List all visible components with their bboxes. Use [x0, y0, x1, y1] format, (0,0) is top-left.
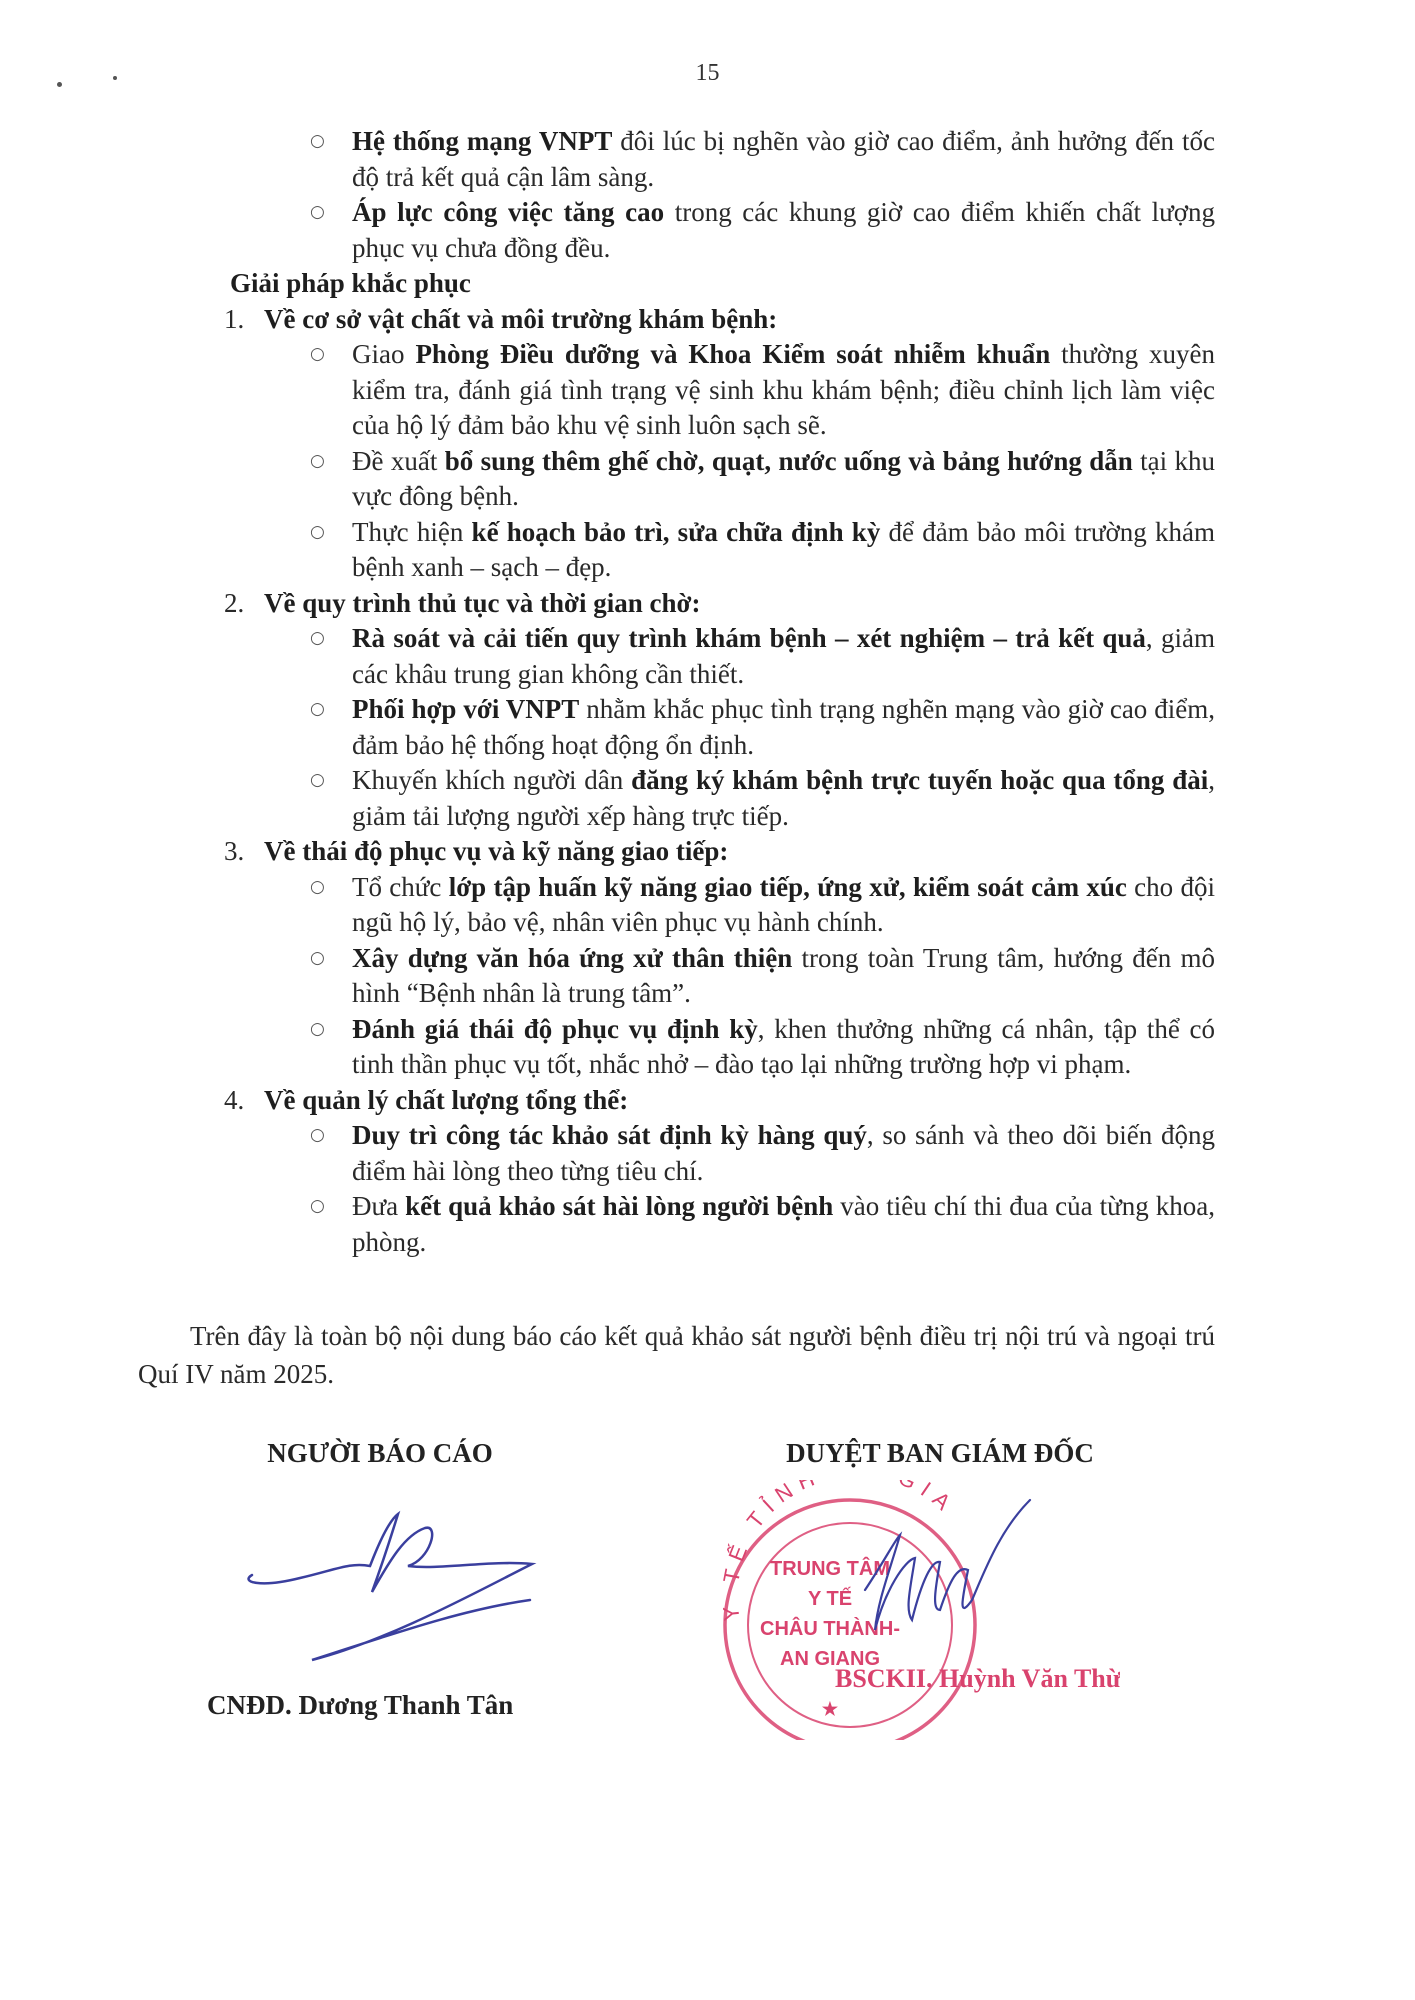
list-item: ○Khuyến khích người dân đăng ký khám bện… — [210, 763, 1215, 834]
bullet-circle-icon: ○ — [309, 692, 352, 728]
bullet-circle-icon: ○ — [309, 1012, 352, 1048]
document-body: ○Hệ thống mạng VNPT đôi lúc bị nghẽn vào… — [210, 124, 1215, 1260]
heading-title: Về quản lý chất lượng tổng thể: — [264, 1083, 628, 1119]
list-item-text: Rà soát và cải tiến quy trình khám bệnh … — [352, 621, 1215, 692]
section-heading: Giải pháp khắc phục — [210, 266, 1215, 302]
list-item: ○Duy trì công tác khảo sát định kỳ hàng … — [210, 1118, 1215, 1189]
bullet-circle-icon: ○ — [309, 444, 352, 480]
list-item-text: Phối hợp với VNPT nhằm khắc phục tình tr… — [352, 692, 1215, 763]
bullet-circle-icon: ○ — [309, 337, 352, 373]
list-item-text: Áp lực công việc tăng cao trong các khun… — [352, 195, 1215, 266]
bullet-circle-icon: ○ — [309, 941, 352, 977]
page-number: 15 — [0, 60, 1415, 87]
numbered-heading: 2.Về quy trình thủ tục và thời gian chờ: — [210, 586, 1215, 622]
list-item-text: Xây dựng văn hóa ứng xử thân thiện trong… — [352, 941, 1215, 1012]
svg-text:TRUNG TÂM: TRUNG TÂM — [770, 1556, 890, 1580]
numbered-heading: 4.Về quản lý chất lượng tổng thể: — [210, 1083, 1215, 1119]
list-item: ○Đưa kết quả khảo sát hài lòng người bện… — [210, 1189, 1215, 1260]
heading-number: 4. — [224, 1083, 264, 1119]
emphasis: bổ sung thêm ghế chờ, quạt, nước uống và… — [445, 446, 1133, 476]
emphasis: Duy trì công tác khảo sát định kỳ hàng q… — [352, 1120, 867, 1150]
bullet-circle-icon: ○ — [309, 515, 352, 551]
reporter-title: NGƯỜI BÁO CÁO — [200, 1438, 560, 1469]
list-item-text: Khuyến khích người dân đăng ký khám bệnh… — [352, 763, 1215, 834]
heading-title: Về thái độ phục vụ và kỹ năng giao tiếp: — [264, 834, 728, 870]
official-stamp: Y TẾ TỈNH AN GIANG TRUNG TÂM Y TẾ CHÂU T… — [700, 1480, 1120, 1740]
emphasis: Hệ thống mạng VNPT — [352, 126, 612, 156]
emphasis: Đánh giá thái độ phục vụ định kỳ — [352, 1014, 758, 1044]
emphasis: Phối hợp với VNPT — [352, 694, 579, 724]
heading-title: Về cơ sở vật chất và môi trường khám bện… — [264, 302, 777, 338]
bullet-circle-icon: ○ — [309, 621, 352, 657]
closing-paragraph: Trên đây là toàn bộ nội dung báo cáo kết… — [138, 1317, 1215, 1393]
numbered-heading: 1.Về cơ sở vật chất và môi trường khám b… — [210, 302, 1215, 338]
list-item: ○Thực hiện kế hoạch bảo trì, sửa chữa đị… — [210, 515, 1215, 586]
emphasis: kết quả khảo sát hài lòng người bệnh — [405, 1191, 833, 1221]
list-item: ○Hệ thống mạng VNPT đôi lúc bị nghẽn vào… — [210, 124, 1215, 195]
numbered-heading: 3.Về thái độ phục vụ và kỹ năng giao tiế… — [210, 834, 1215, 870]
list-item: ○Giao Phòng Điều dưỡng và Khoa Kiểm soát… — [210, 337, 1215, 444]
emphasis: lớp tập huấn kỹ năng giao tiếp, ứng xử, … — [449, 872, 1127, 902]
list-item-text: Đưa kết quả khảo sát hài lòng người bệnh… — [352, 1189, 1215, 1260]
heading-number: 3. — [224, 834, 264, 870]
bullet-circle-icon: ○ — [309, 124, 352, 160]
emphasis: Rà soát và cải tiến quy trình khám bệnh … — [352, 623, 1146, 653]
bullet-circle-icon: ○ — [309, 870, 352, 906]
heading-title: Về quy trình thủ tục và thời gian chờ: — [264, 586, 700, 622]
list-item: ○Đánh giá thái độ phục vụ định kỳ, khen … — [210, 1012, 1215, 1083]
list-item-text: Duy trì công tác khảo sát định kỳ hàng q… — [352, 1118, 1215, 1189]
list-item: ○Rà soát và cải tiến quy trình khám bệnh… — [210, 621, 1215, 692]
list-item: ○Tổ chức lớp tập huấn kỹ năng giao tiếp,… — [210, 870, 1215, 941]
list-item-text: Đánh giá thái độ phục vụ định kỳ, khen t… — [352, 1012, 1215, 1083]
list-item: ○Áp lực công việc tăng cao trong các khu… — [210, 195, 1215, 266]
svg-text:Y TẾ: Y TẾ — [808, 1587, 852, 1610]
emphasis: Xây dựng văn hóa ứng xử thân thiện — [352, 943, 792, 973]
list-item-text: Hệ thống mạng VNPT đôi lúc bị nghẽn vào … — [352, 124, 1215, 195]
emphasis: Áp lực công việc tăng cao — [352, 197, 664, 227]
svg-text:BSCKII. Huỳnh Văn Thừa: BSCKII. Huỳnh Văn Thừa — [835, 1664, 1120, 1693]
approver-title: DUYỆT BAN GIÁM ĐỐC — [740, 1438, 1140, 1469]
bullet-circle-icon: ○ — [309, 195, 352, 231]
svg-text:★: ★ — [822, 1699, 839, 1719]
heading-number: 1. — [224, 302, 264, 338]
list-item: ○Phối hợp với VNPT nhằm khắc phục tình t… — [210, 692, 1215, 763]
bullet-circle-icon: ○ — [309, 1118, 352, 1154]
reporter-name: CNĐD. Dương Thanh Tân — [207, 1690, 513, 1721]
list-item-text: Đề xuất bổ sung thêm ghế chờ, quạt, nước… — [352, 444, 1215, 515]
emphasis: kế hoạch bảo trì, sửa chữa định kỳ — [472, 517, 881, 547]
heading-number: 2. — [224, 586, 264, 622]
reporter-signature — [240, 1500, 560, 1670]
emphasis: đăng ký khám bệnh trực tuyến hoặc qua tổ… — [631, 765, 1208, 795]
bullet-circle-icon: ○ — [309, 1189, 352, 1225]
list-item: ○Đề xuất bổ sung thêm ghế chờ, quạt, nướ… — [210, 444, 1215, 515]
list-item: ○Xây dựng văn hóa ứng xử thân thiện tron… — [210, 941, 1215, 1012]
list-item-text: Giao Phòng Điều dưỡng và Khoa Kiểm soát … — [352, 337, 1215, 444]
list-item-text: Tổ chức lớp tập huấn kỹ năng giao tiếp, … — [352, 870, 1215, 941]
bullet-circle-icon: ○ — [309, 763, 352, 799]
list-item-text: Thực hiện kế hoạch bảo trì, sửa chữa địn… — [352, 515, 1215, 586]
emphasis: Phòng Điều dưỡng và Khoa Kiểm soát nhiễm… — [415, 339, 1050, 369]
